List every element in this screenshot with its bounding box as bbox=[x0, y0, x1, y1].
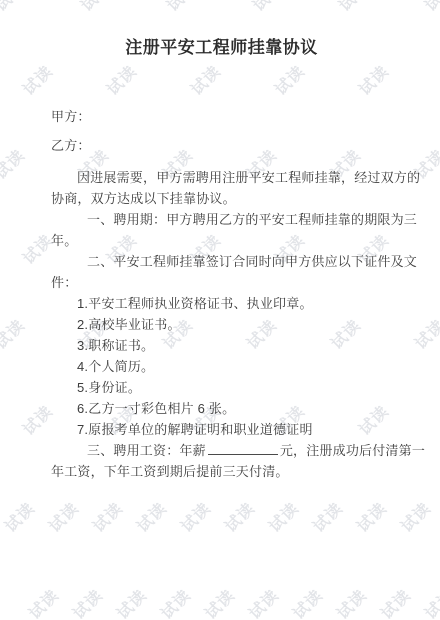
clause-2-line-1: 二、平安工程师挂靠签订合同时向甲方供应以下证件及文 bbox=[51, 251, 392, 272]
watermark-stamp: 试读 bbox=[199, 583, 239, 620]
watermark-stamp: 试读 bbox=[0, 0, 29, 16]
watermark-stamp: 试读 bbox=[23, 583, 63, 620]
document-page: 试读试读试读试读试读试读试读试读试读试读试读试读试读试读试读试读试读试读试读试读… bbox=[0, 0, 440, 620]
intro-line-1: 因进展需要，甲方需聘用注册平安工程师挂靠，经过双方的 bbox=[51, 167, 392, 188]
watermark-stamp: 试读 bbox=[131, 496, 171, 536]
watermark-stamp: 试读 bbox=[287, 583, 327, 620]
watermark-stamp: 试读 bbox=[87, 496, 127, 536]
salary-blank-field bbox=[208, 442, 278, 455]
document-item-7: 7.原报考单位的解聘证明和职业道德证明 bbox=[51, 419, 392, 440]
clause-3-line-2: 年工资，下年工资到期后提前三天付清。 bbox=[51, 461, 392, 482]
document-item-5: 5.身份证。 bbox=[51, 377, 392, 398]
clause-3-line-1: 三、聘用工资：年薪元，注册成功后付清第一 bbox=[51, 440, 392, 461]
salary-line-prefix: 三、聘用工资：年薪 bbox=[87, 443, 206, 458]
watermark-stamp: 试读 bbox=[0, 313, 29, 353]
document-item-2: 2.高校毕业证书。 bbox=[51, 314, 392, 335]
watermark-stamp: 试读 bbox=[409, 313, 440, 353]
watermark-stamp: 试读 bbox=[331, 583, 371, 620]
party-b-line: 乙方： bbox=[51, 135, 392, 156]
intro-line-2: 协商，双方达成以下挂靠协议。 bbox=[51, 188, 392, 209]
document-title: 注册平安工程师挂靠协议 bbox=[51, 38, 392, 58]
watermark-stamp: 试读 bbox=[175, 496, 215, 536]
party-a-line: 甲方： bbox=[51, 106, 392, 127]
watermark-stamp: 试读 bbox=[263, 496, 303, 536]
watermark-stamp: 试读 bbox=[43, 496, 83, 536]
document-item-1: 1.平安工程师执业资格证书、执业印章。 bbox=[51, 293, 392, 314]
watermark-stamp: 试读 bbox=[375, 583, 415, 620]
watermark-stamp: 试读 bbox=[111, 583, 151, 620]
watermark-stamp: 试读 bbox=[0, 143, 29, 183]
clause-2-line-2: 件： bbox=[51, 272, 392, 293]
document-item-4: 4.个人简历。 bbox=[51, 356, 392, 377]
watermark-stamp: 试读 bbox=[419, 583, 440, 620]
document-item-3: 3.职称证书。 bbox=[51, 335, 392, 356]
watermark-stamp: 试读 bbox=[155, 583, 195, 620]
watermark-stamp: 试读 bbox=[67, 583, 107, 620]
salary-line-suffix: 元，注册成功后付清第一 bbox=[280, 443, 425, 458]
watermark-stamp: 试读 bbox=[395, 496, 435, 536]
watermark-stamp: 试读 bbox=[307, 496, 347, 536]
clause-1-line-1: 一、聘用期：甲方聘用乙方的平安工程师挂靠的期限为三 bbox=[51, 209, 392, 230]
watermark-stamp: 试读 bbox=[351, 496, 391, 536]
watermark-stamp: 试读 bbox=[419, 0, 440, 16]
watermark-stamp: 试读 bbox=[243, 583, 283, 620]
clause-1-line-2: 年。 bbox=[51, 230, 392, 251]
document-content: 注册平安工程师挂靠协议 甲方： 乙方： 因进展需要，甲方需聘用注册平安工程师挂靠… bbox=[51, 0, 392, 482]
document-item-6: 6.乙方一寸彩色相片 6 张。 bbox=[51, 398, 392, 419]
watermark-stamp: 试读 bbox=[0, 496, 39, 536]
watermark-stamp: 试读 bbox=[219, 496, 259, 536]
